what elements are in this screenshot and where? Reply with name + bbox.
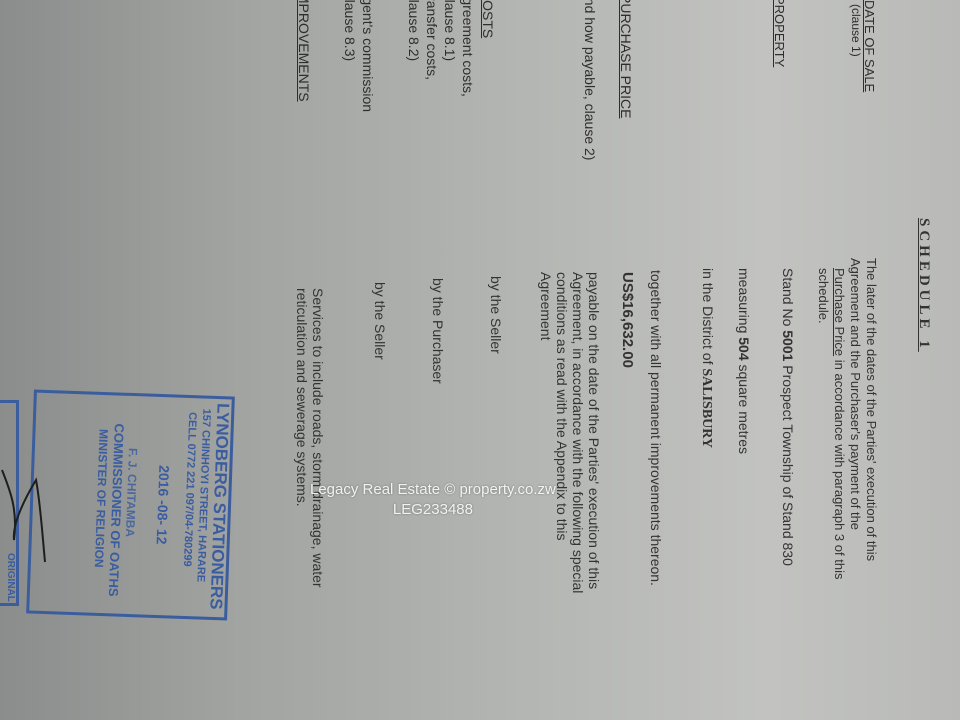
purchase-price-amount: US$16,632.00 [619, 272, 636, 368]
purchase-price-reference: Purchase Price [832, 268, 847, 356]
watermark-line-2: LEG233488 [310, 500, 556, 520]
transfer-costs-payer: by the Purchaser [430, 278, 446, 384]
district-prefix: in the District of [700, 268, 716, 368]
agreement-costs-payer: by the Seller [488, 276, 504, 354]
label-transfer-costs-clause: (clause 8.2) [406, 0, 422, 61]
date-of-sale-line-1: The later of the dates of the Parties' e… [863, 258, 878, 561]
label-property: PROPERTY [771, 0, 786, 67]
label-agents-commission-clause: (clause 8.3) [342, 0, 358, 61]
measuring-suffix: square metres [736, 361, 752, 454]
purchase-price-line-2: Agreement, in accordance with the follow… [570, 272, 586, 593]
purchase-price-line-3: conditions as read with the Appendix to … [554, 272, 570, 541]
watermark-line-1: Legacy Real Estate © property.co.zw [310, 480, 556, 500]
property-measuring: measuring 504 square metres [736, 268, 752, 454]
stand-suffix: Prospect Township of Stand 830 [780, 361, 796, 565]
property-stand: Stand No 5001 Prospect Township of Stand… [780, 268, 796, 566]
stand-prefix: Stand No [780, 268, 796, 330]
improvements-line-1: Services to include roads, storm drainag… [310, 288, 326, 588]
date-of-sale-line-4: schedule. [815, 268, 830, 324]
watermark: Legacy Real Estate © property.co.zw LEG2… [310, 480, 556, 519]
label-improvements: IMPROVEMENTS [296, 0, 312, 102]
stand-number: 5001 [780, 330, 796, 361]
purchase-price-line-4: Agreement [538, 272, 554, 340]
label-date-of-sale-right: DATE OF SALE [861, 0, 876, 92]
label-transfer-costs: Transfer costs, [424, 0, 440, 80]
date-of-sale-line-3-rest: in accordance with paragraph 3 of this [832, 356, 847, 579]
label-agents-commission: Agent's commission [360, 0, 376, 112]
signature-scribble [0, 450, 70, 580]
property-improvements-line: together with all permanent improvements… [648, 270, 664, 586]
district-name: SALISBURY [699, 368, 714, 448]
label-agreement-costs-clause: (clause 8.1) [442, 0, 458, 61]
label-purchase-price: PURCHASE PRICE [618, 0, 634, 118]
property-area: 504 [736, 337, 752, 360]
rotated-document-page: SCHEDULE 1 DATE OF SALE (clause 1) PROPE… [0, 0, 960, 720]
property-district: in the District of SALISBURY [698, 268, 716, 448]
date-of-sale-line-2: Agreement and the Purchaser's payment of… [847, 258, 862, 530]
improvements-line-2: reticulation and sewerage systems. [294, 288, 310, 507]
label-date-of-sale-clause-right: (clause 1) [848, 4, 862, 57]
label-agreement-costs: Agreement costs, [460, 0, 476, 97]
label-purchase-price-note: and how payable, clause 2) [582, 0, 598, 160]
measuring-prefix: measuring [736, 268, 752, 337]
purchase-price-line-1: payable on the date of the Parties' exec… [586, 272, 602, 589]
agents-commission-payer: by the Seller [372, 282, 388, 360]
label-costs: COSTS [480, 0, 496, 38]
schedule-title: SCHEDULE 1 [915, 218, 932, 352]
date-of-sale-line-3: Purchase Price in accordance with paragr… [831, 268, 846, 579]
stamp-date: 2016 -08- 12 [154, 465, 173, 545]
